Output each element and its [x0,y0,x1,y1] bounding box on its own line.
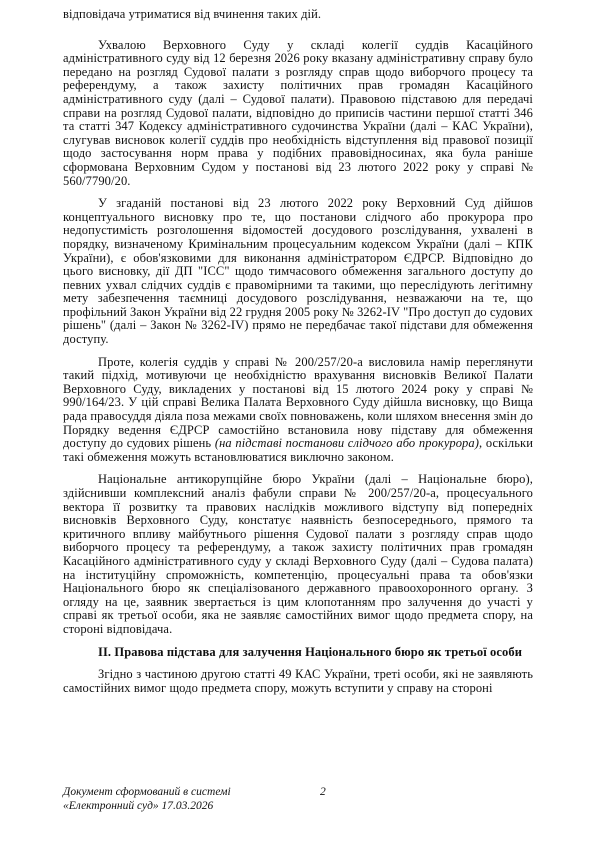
footer-system-note: Документ сформований в системі «Електрон… [63,785,231,813]
paragraph: Національне антикорупційне бюро України … [63,473,533,636]
emphasized-text: (на підставі постанови слідчого або прок… [215,436,479,450]
text-run: Національне антикорупційне бюро України … [63,472,533,636]
paragraph: Ухвалою Верховного Суду у складі колегії… [63,39,533,189]
text-run: ІІ. Правова підстава для залучення Націо… [98,645,522,659]
text-run: Згідно з частиною другою статті 49 КАС У… [63,667,533,695]
text-run: У згаданій постанові від 23 лютого 2022 … [63,196,533,346]
page-number: 2 [320,785,326,799]
paragraph: Згідно з частиною другою статті 49 КАС У… [63,668,533,695]
section-heading: ІІ. Правова підстава для залучення Націо… [63,646,533,660]
paragraph: відповідача утриматися від вчинення таки… [63,8,533,22]
paragraph: У згаданій постанові від 23 лютого 2022 … [63,197,533,347]
text-run: Ухвалою Верховного Суду у складі колегії… [63,38,533,188]
paragraph: Проте, колегія суддів у справі № 200/257… [63,356,533,465]
page-footer: Документ сформований в системі «Електрон… [63,785,533,813]
text-run: відповідача утриматися від вчинення таки… [63,7,321,21]
footer-line-2: «Електронний суд» 17.03.2026 [63,799,231,813]
footer-line-1: Документ сформований в системі [63,785,231,799]
document-page: відповідача утриматися від вчинення таки… [0,0,595,842]
document-body: відповідача утриматися від вчинення таки… [63,8,533,704]
